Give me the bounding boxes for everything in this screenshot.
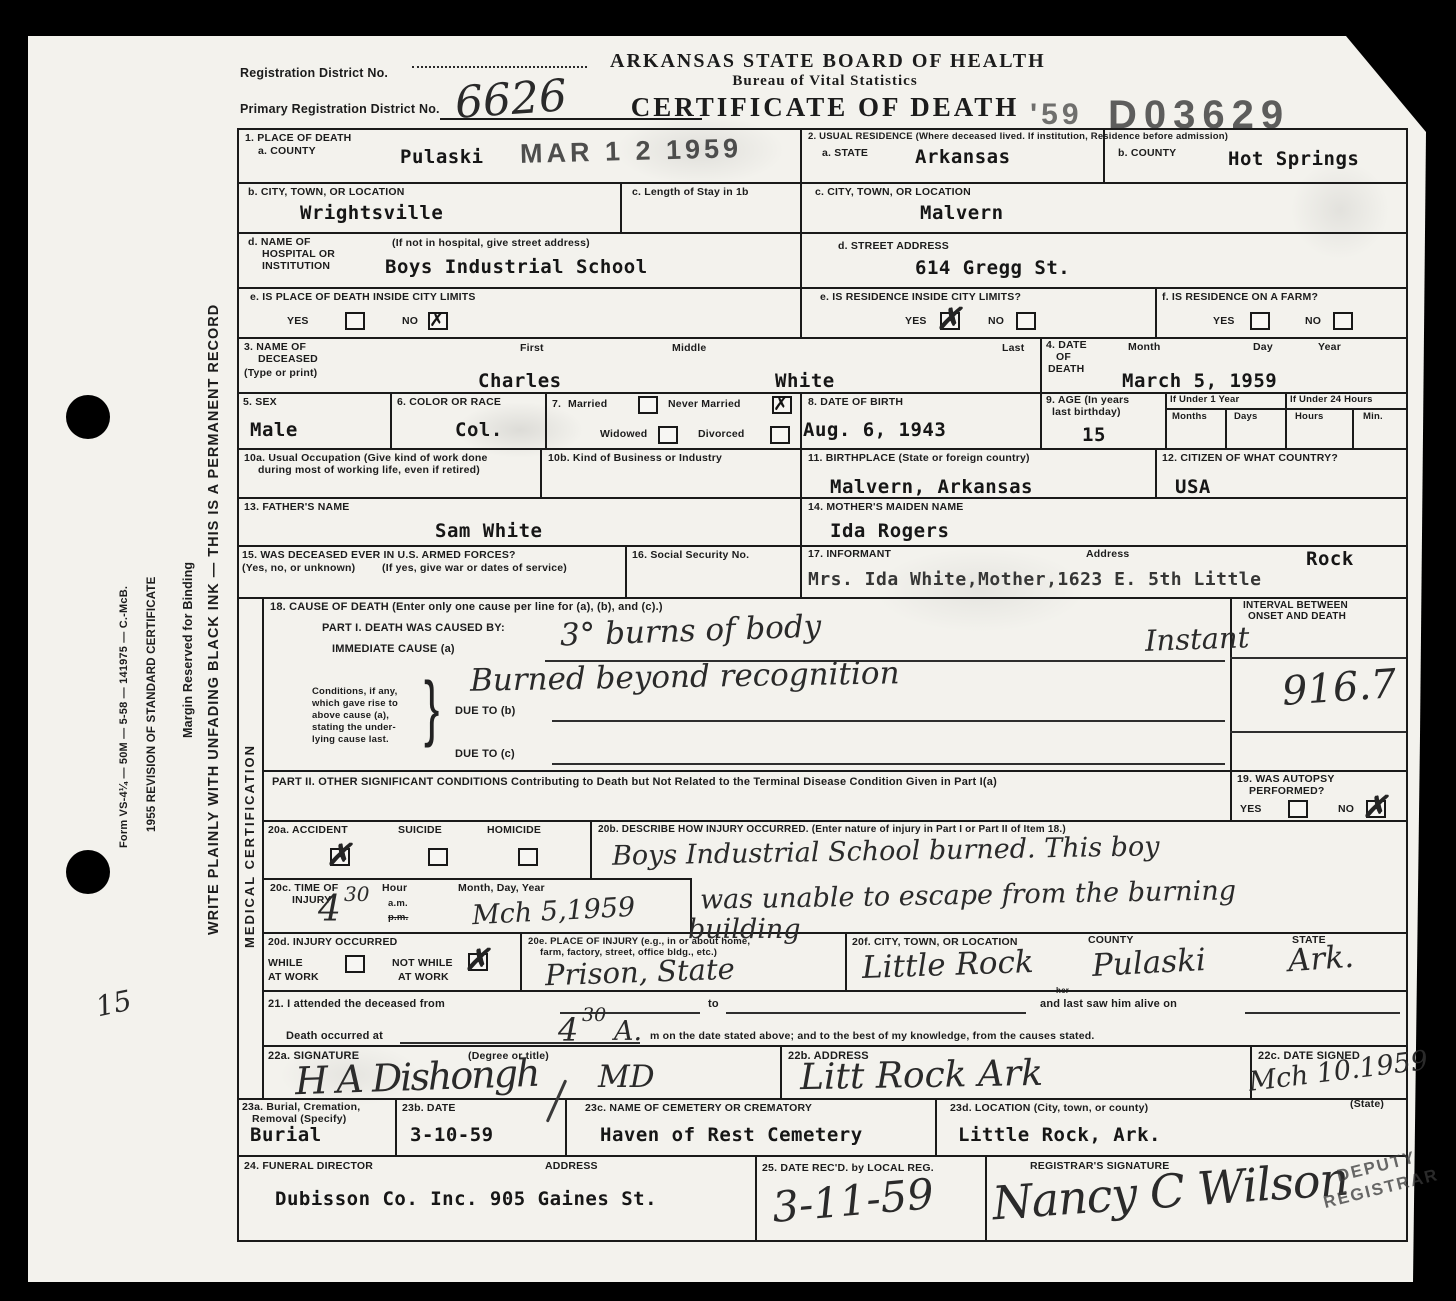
check-mark: ✗ xyxy=(773,393,789,415)
pm-label: p.m. xyxy=(388,912,408,923)
grid-line xyxy=(237,337,1408,339)
attended-label: 21. I attended the deceased from xyxy=(268,998,445,1011)
fathers-name-label: 13. FATHER'S NAME xyxy=(244,501,349,513)
check-mark: ✗ xyxy=(326,838,351,873)
margin-revision-note: 1955 REVISION OF STANDARD CERTIFICATE xyxy=(146,576,160,832)
physician-signature-handwriting: H A Dishongh xyxy=(294,1054,539,1100)
married-label: Married xyxy=(568,398,607,410)
homicide-label: HOMICIDE xyxy=(487,824,541,836)
mothers-maiden-name-label: 14. MOTHER'S MAIDEN NAME xyxy=(808,501,963,513)
occupation-label: 10a. Usual Occupation (Give kind of work… xyxy=(244,452,488,464)
place-limits-yes-checkbox xyxy=(345,312,365,330)
to-label: to xyxy=(708,998,719,1011)
blank-line xyxy=(1245,1012,1400,1014)
grid-line xyxy=(800,392,802,597)
residence-city-label: c. CITY, TOWN, OR LOCATION xyxy=(815,186,971,198)
grid-line xyxy=(755,1155,757,1240)
conditions-note: above cause (a), xyxy=(312,710,389,721)
grid-line xyxy=(262,820,1408,822)
ssn-label: 16. Social Security No. xyxy=(632,549,749,561)
grid-line xyxy=(237,448,1408,450)
am-label: a.m. xyxy=(388,898,408,909)
informant-address-label: Address xyxy=(1086,548,1129,560)
first-name-value: Charles xyxy=(478,372,562,391)
place-limits-no-checkbox: ✗ xyxy=(428,312,448,330)
citizen-label: 12. CITIZEN OF WHAT COUNTRY? xyxy=(1162,452,1338,464)
grid-line xyxy=(237,128,1408,130)
immediate-cause-label: IMMEDIATE CAUSE (a) xyxy=(332,643,455,656)
usual-residence-label: 2. USUAL RESIDENCE (Where deceased lived… xyxy=(808,131,1403,142)
place-city-limits-label: e. IS PLACE OF DEATH INSIDE CITY LIMITS xyxy=(250,291,476,303)
institution-label: HOSPITAL OR xyxy=(262,248,335,260)
at-work-label: AT WORK xyxy=(268,971,319,983)
cause-a-handwriting: 3° burns of body xyxy=(560,611,822,651)
first-name-label: First xyxy=(520,342,544,354)
sex-value: Male xyxy=(250,421,298,440)
burial-date-label: 23b. DATE xyxy=(402,1102,456,1114)
institution-value: Boys Industrial School xyxy=(385,258,648,277)
certificate-title: CERTIFICATE OF DEATH xyxy=(610,92,1040,123)
conditions-note: Conditions, if any, xyxy=(312,686,397,697)
name-of-deceased-label: 3. NAME OF xyxy=(244,341,306,353)
death-ampm-handwriting: A. xyxy=(614,1018,642,1045)
grid-line xyxy=(237,128,239,1242)
grid-line xyxy=(1165,392,1167,448)
grid-line xyxy=(262,878,690,880)
citizen-value: USA xyxy=(1175,478,1211,497)
cemetery-location-label: 23d. LOCATION (City, town, or county) xyxy=(950,1102,1148,1114)
scanned-death-certificate: Form VS-4¼ — 50M — 5-58 — 141975 — C.-Mc… xyxy=(0,0,1456,1301)
farm-no-checkbox xyxy=(1333,312,1353,330)
not-while-at-work-checkbox: ✗ xyxy=(468,953,488,971)
injury-state-handwriting: Ark. xyxy=(1287,942,1355,978)
conditions-note: which gave rise to xyxy=(312,698,398,709)
institution-label: d. NAME OF xyxy=(248,236,311,248)
farm-yes-checkbox xyxy=(1250,312,1270,330)
burial-date-value: 3-10-59 xyxy=(410,1126,494,1145)
street-address-value: 614 Gregg St. xyxy=(915,259,1070,278)
board-title: ARKANSAS STATE BOARD OF HEALTH xyxy=(610,50,1040,73)
state-note-label: (State) xyxy=(1350,1098,1384,1110)
grid-line xyxy=(1165,408,1406,410)
part2-label: PART II. OTHER SIGNIFICANT CONDITIONS Co… xyxy=(272,776,997,789)
grid-line xyxy=(390,392,392,448)
medical-certification-label: MEDICAL CERTIFICATION xyxy=(242,744,257,948)
due-to-c-label: DUE TO (c) xyxy=(455,748,515,761)
grid-line xyxy=(625,545,627,597)
registration-district-label: Registration District No. xyxy=(240,66,388,81)
race-value: Col. xyxy=(455,421,503,440)
last-name-value: White xyxy=(775,372,835,391)
grid-line xyxy=(237,1240,1408,1242)
autopsy-label: 19. WAS AUTOPSY xyxy=(1237,773,1335,785)
date-of-death-label: 4. DATE xyxy=(1046,339,1087,351)
residence-state-label: a. STATE xyxy=(822,147,868,159)
street-address-label: d. STREET ADDRESS xyxy=(838,240,949,252)
certificate-year-stamp: '59 xyxy=(1030,100,1083,130)
conditions-note: lying cause last. xyxy=(312,734,389,745)
date-of-death-value: March 5, 1959 xyxy=(1122,372,1277,391)
type-or-print-note: (Type or print) xyxy=(244,367,317,379)
interval-handwriting: Instant xyxy=(1145,623,1250,656)
margin-binding-note: Margin Reserved for Binding xyxy=(181,562,196,738)
hour-label: Hour xyxy=(382,882,407,894)
margin-permanent-record-note: WRITE PLAINLY WITH UNFADING BLACK INK — … xyxy=(206,304,223,935)
grid-line xyxy=(1352,408,1354,448)
grid-line xyxy=(545,392,547,448)
physician-address-handwriting: Litt Rock Ark xyxy=(800,1056,1044,1096)
blank-line xyxy=(552,720,1225,722)
widowed-label: Widowed xyxy=(600,428,647,440)
check-mark: ✗ xyxy=(464,943,489,978)
grid-line xyxy=(237,182,1408,184)
occupation-label: during most of working life, even if ret… xyxy=(258,464,480,476)
injury-county-handwriting: Pulaski xyxy=(1091,945,1206,982)
date-of-death-label: OF xyxy=(1056,351,1071,363)
grid-line xyxy=(237,232,1408,234)
widowed-checkbox xyxy=(658,426,678,444)
date-of-birth-value: Aug. 6, 1943 xyxy=(803,421,946,440)
grid-line xyxy=(620,182,622,232)
grid-line xyxy=(1040,337,1042,448)
day-label: Day xyxy=(1253,341,1273,353)
death-occurred-label: Death occurred at xyxy=(286,1030,383,1043)
blank-line xyxy=(400,1042,640,1044)
grid-line xyxy=(800,128,802,337)
age-label: 9. AGE (In years xyxy=(1046,394,1129,406)
accident-label: 20a. ACCIDENT xyxy=(268,824,348,836)
informant-label: 17. INFORMANT xyxy=(808,548,891,560)
divorced-label: Divorced xyxy=(698,428,745,440)
residence-limits-yes-checkbox: ✗ xyxy=(940,312,960,330)
no-label: NO xyxy=(1338,803,1354,815)
place-of-death-label: 1. PLACE OF DEATH xyxy=(245,132,351,144)
margin-form-number: Form VS-4¼ — 50M — 5-58 — 141975 — C.-Mc… xyxy=(118,586,131,848)
date-of-death-label: DEATH xyxy=(1048,363,1084,375)
residence-city-value: Malvern xyxy=(920,204,1004,223)
check-mark: ✗ xyxy=(936,302,961,337)
grid-line xyxy=(237,287,1408,289)
blank-line xyxy=(1230,657,1406,659)
grid-line xyxy=(262,770,1408,772)
birthplace-label: 11. BIRTHPLACE (State or foreign country… xyxy=(808,452,1030,464)
county-value: Pulaski xyxy=(400,148,484,167)
grid-line xyxy=(1225,408,1227,448)
injury-minutes-handwriting: 30 xyxy=(344,884,369,904)
not-while-label: NOT WHILE xyxy=(392,957,453,969)
grid-line xyxy=(590,820,592,878)
received-date-stamp: MAR 1 2 1959 xyxy=(520,135,743,168)
grid-line xyxy=(262,597,264,1098)
brace-glyph: } xyxy=(424,664,440,751)
city-town-label: b. CITY, TOWN, OR LOCATION xyxy=(248,186,404,198)
informant-value: Mrs. Ida White,Mother,1623 E. 5th Little xyxy=(808,571,1261,589)
conditions-note: stating the under- xyxy=(312,722,396,733)
county-label: a. COUNTY xyxy=(258,145,316,157)
grid-line xyxy=(237,497,1408,499)
interval-label: ONSET AND DEATH xyxy=(1248,611,1346,623)
burial-type-label: 23a. Burial, Cremation, xyxy=(242,1101,360,1113)
cause-of-death-label: 18. CAUSE OF DEATH (Enter only one cause… xyxy=(270,601,663,614)
funeral-director-value: Dubisson Co. Inc. 905 Gaines St. xyxy=(275,1190,657,1209)
armed-forces-note: (Yes, no, or unknown) xyxy=(242,562,355,574)
autopsy-label: PERFORMED? xyxy=(1249,785,1325,797)
never-married-label: Never Married xyxy=(668,398,741,410)
her-note: her xyxy=(1056,986,1069,995)
blank-line xyxy=(552,763,1225,765)
no-label: NO xyxy=(988,315,1004,327)
suicide-checkbox xyxy=(428,848,448,866)
grid-line xyxy=(540,448,542,497)
injury-city-handwriting: Little Rock xyxy=(862,947,1035,984)
grid-line xyxy=(1155,448,1157,497)
month-label: Month xyxy=(1128,341,1161,353)
death-minutes-handwriting: 30 xyxy=(582,1006,606,1025)
injury-hour-handwriting: 4 xyxy=(318,892,341,928)
grid-line xyxy=(262,1045,1408,1047)
blank-line xyxy=(412,66,587,68)
length-of-stay-label: c. Length of Stay in 1b xyxy=(632,186,749,198)
while-at-work-checkbox xyxy=(345,955,365,973)
suicide-label: SUICIDE xyxy=(398,824,442,836)
grid-line xyxy=(845,932,847,990)
blank-line xyxy=(560,1012,700,1014)
injury-date-handwriting: Mch 5,1959 xyxy=(471,894,635,930)
grid-line xyxy=(985,1155,987,1240)
residence-state-value: Arkansas xyxy=(915,148,1011,167)
hole-punch xyxy=(66,850,110,894)
under-24-hours-label: If Under 24 Hours xyxy=(1290,394,1373,405)
while-label: WHILE xyxy=(268,957,303,969)
sex-label: 5. SEX xyxy=(243,396,277,408)
blank-line xyxy=(726,1012,1026,1014)
grid-line xyxy=(935,1098,937,1155)
yes-label: YES xyxy=(1240,803,1262,815)
age-value: 15 xyxy=(1082,426,1106,445)
min-label: Min. xyxy=(1363,411,1383,422)
cause-code-handwriting: 916.7 xyxy=(1281,664,1398,712)
yes-label: YES xyxy=(1213,315,1235,327)
no-label: NO xyxy=(402,315,418,327)
city-town-value: Wrightsville xyxy=(300,204,443,223)
physician-degree-handwriting: MD xyxy=(598,1062,655,1093)
days-label: Days xyxy=(1234,411,1258,422)
part1-label: PART I. DEATH WAS CAUSED BY: xyxy=(322,622,505,635)
residence-limits-no-checkbox xyxy=(1016,312,1036,330)
divorced-checkbox xyxy=(770,426,790,444)
armed-forces-note: (If yes, give war or dates of service) xyxy=(382,562,567,574)
business-industry-label: 10b. Kind of Business or Industry xyxy=(548,452,722,464)
death-statement-label: m on the date stated above; and to the b… xyxy=(650,1030,1094,1042)
middle-name-label: Middle xyxy=(672,342,706,354)
year-label: Year xyxy=(1318,341,1341,353)
institution-note: (If not in hospital, give street address… xyxy=(392,237,590,249)
grid-line xyxy=(520,932,522,990)
place-of-injury-label: 20e. PLACE OF INJURY (e.g., in or about … xyxy=(528,936,750,947)
cemetery-location-value: Little Rock, Ark. xyxy=(958,1126,1161,1145)
autopsy-no-checkbox: ✗ xyxy=(1366,800,1386,818)
grid-line xyxy=(1285,392,1287,448)
no-label: NO xyxy=(1305,315,1321,327)
last-name-label: Last xyxy=(1002,342,1024,354)
color-or-race-label: 6. COLOR OR RACE xyxy=(397,396,501,408)
check-mark: ✗ xyxy=(1362,790,1387,825)
at-work-label: AT WORK xyxy=(398,971,449,983)
grid-line xyxy=(262,932,1408,934)
primary-registration-district-label: Primary Registration District No. xyxy=(240,102,440,117)
autopsy-yes-checkbox xyxy=(1288,800,1308,818)
hole-punch xyxy=(66,395,110,439)
grid-line xyxy=(780,1045,782,1098)
age-label: last birthday) xyxy=(1052,406,1121,418)
homicide-checkbox xyxy=(518,848,538,866)
due-to-b-label: DUE TO (b) xyxy=(455,705,515,718)
injury-occurred-label: 20d. INJURY OCCURRED xyxy=(268,936,397,948)
death-hour-handwriting: 4 xyxy=(558,1014,578,1046)
cemetery-label: 23c. NAME OF CEMETERY OR CREMATORY xyxy=(585,1102,812,1114)
birthplace-value: Malvern, Arkansas xyxy=(830,478,1033,497)
residence-city-limits-label: e. IS RESIDENCE INSIDE CITY LIMITS? xyxy=(820,291,1021,303)
cemetery-value: Haven of Rest Cemetery xyxy=(600,1126,863,1145)
burial-type-value: Burial xyxy=(250,1126,322,1145)
last-saw-alive-label: and last saw him alive on xyxy=(1040,998,1177,1011)
check-mark: ✗ xyxy=(429,309,445,331)
grid-line xyxy=(1155,287,1157,337)
hours-label: Hours xyxy=(1295,411,1323,422)
date-of-birth-label: 8. DATE OF BIRTH xyxy=(808,396,903,408)
grid-line xyxy=(262,990,1408,992)
place-of-injury-handwriting: Prison, State xyxy=(545,955,736,991)
bureau-subtitle: Bureau of Vital Statistics xyxy=(610,73,1040,90)
informant-value-wrap: Rock xyxy=(1306,550,1354,569)
grid-line xyxy=(237,597,1408,599)
residence-county-value: Hot Springs xyxy=(1228,150,1359,169)
accident-checkbox: ✗ xyxy=(330,848,350,866)
married-checkbox xyxy=(638,396,658,414)
grid-line xyxy=(237,545,1408,547)
blank-line xyxy=(1230,731,1406,733)
institution-label: INSTITUTION xyxy=(262,260,330,272)
funeral-director-label: 24. FUNERAL DIRECTOR xyxy=(244,1160,373,1172)
under-1-year-label: If Under 1 Year xyxy=(1170,394,1239,405)
grid-line xyxy=(237,1155,1408,1157)
yes-label: YES xyxy=(905,315,927,327)
funeral-address-label: ADDRESS xyxy=(545,1160,598,1172)
fathers-name-value: Sam White xyxy=(435,522,542,541)
name-of-deceased-label: DECEASED xyxy=(258,353,318,365)
grid-line xyxy=(395,1098,397,1155)
margin-handwritten-number: 15 xyxy=(93,987,134,1022)
yes-label: YES xyxy=(287,315,309,327)
cause-a2-handwriting: Burned beyond recognition xyxy=(470,658,900,696)
never-married-checkbox: ✗ xyxy=(772,396,792,414)
residence-farm-label: f. IS RESIDENCE ON A FARM? xyxy=(1162,291,1318,303)
months-label: Months xyxy=(1172,411,1207,422)
month-day-year-label: Month, Day, Year xyxy=(458,882,545,894)
armed-forces-label: 15. WAS DECEASED EVER IN U.S. ARMED FORC… xyxy=(242,549,516,561)
injury-county-label: COUNTY xyxy=(1088,934,1134,946)
mothers-maiden-name-value: Ida Rogers xyxy=(830,522,949,541)
item7-label: 7. xyxy=(552,398,561,410)
residence-county-label: b. COUNTY xyxy=(1118,147,1176,159)
grid-line xyxy=(565,1098,567,1155)
